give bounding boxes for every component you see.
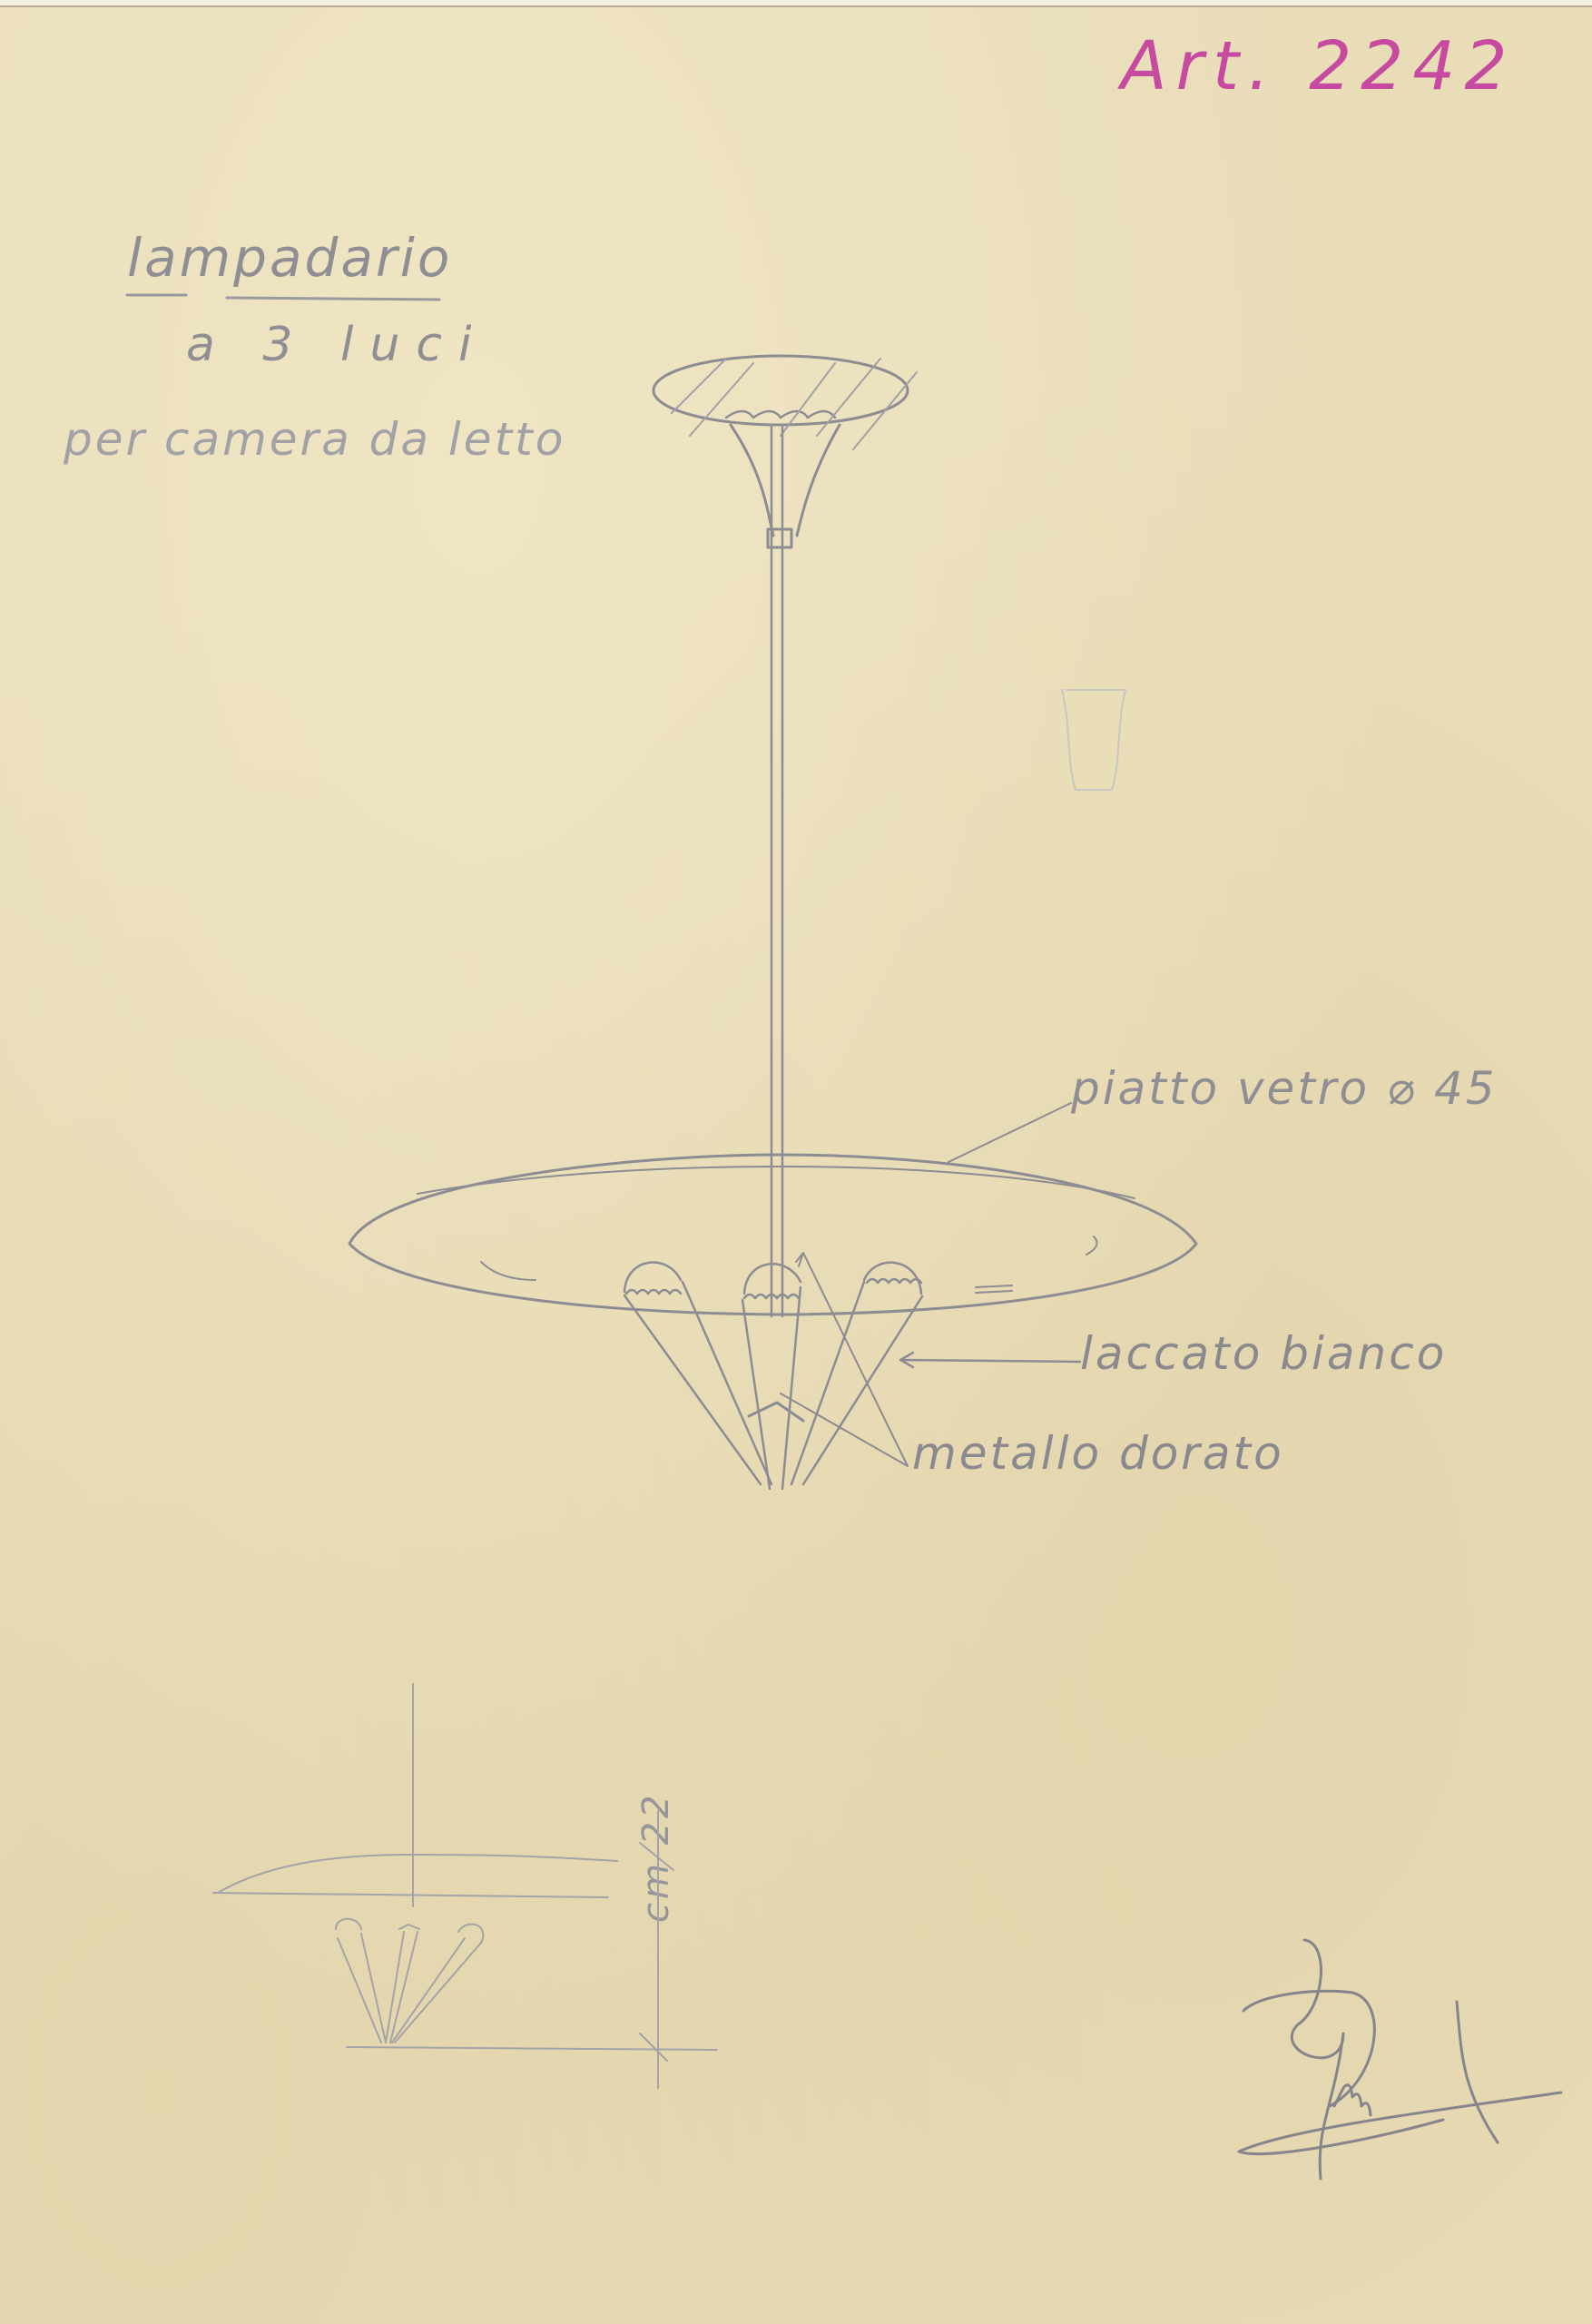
- suspension-rod: [771, 427, 782, 1316]
- ceiling-canopy: [654, 356, 917, 547]
- elevation-sketch: [213, 1684, 717, 2088]
- glass-plate: [349, 1103, 1196, 1315]
- stray-marks: [1062, 690, 1125, 790]
- title-underline: [127, 295, 439, 300]
- cone-lights: [624, 1253, 1080, 1489]
- signature-mark: [1239, 1940, 1561, 2179]
- chandelier-sketch: [0, 0, 1592, 2324]
- drawing-sheet: Art. 2242 lampadario a 3 luci per camera…: [0, 0, 1592, 2324]
